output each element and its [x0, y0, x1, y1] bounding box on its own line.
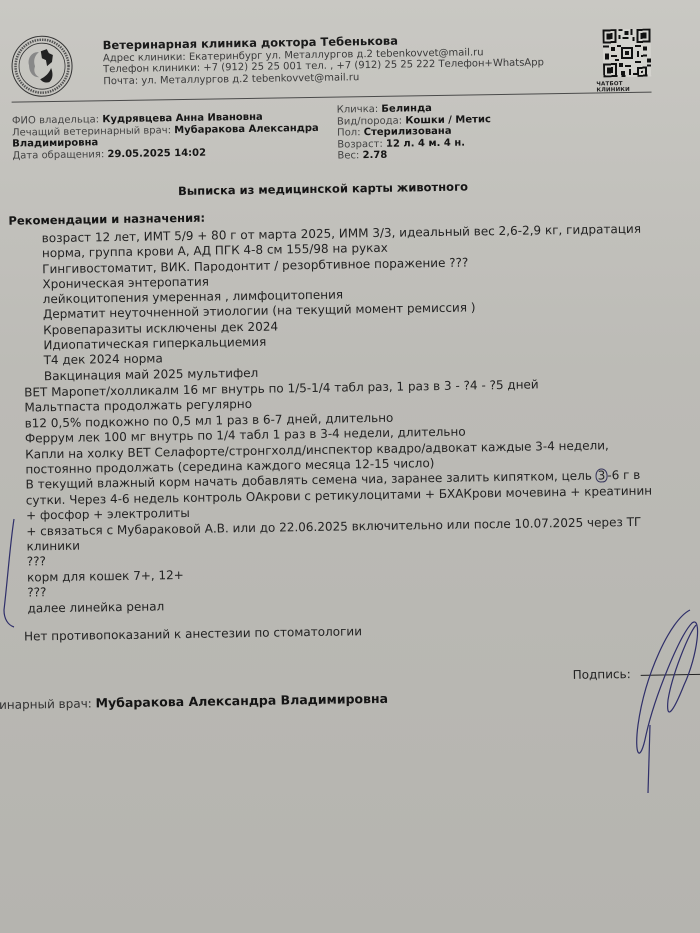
clinic-header: Ветеринарная клиника доктора Тебенькова …	[10, 20, 651, 100]
pet-breed-label: Вид/порода:	[337, 115, 402, 127]
clinic-info: Ветеринарная клиника доктора Тебенькова …	[103, 33, 545, 87]
document-title: Выписка из медицинской карты животного	[178, 180, 468, 199]
pet-name-value: Белинда	[381, 103, 432, 115]
diagnosis-list: возраст 12 лет, ИМТ 5/9 + 80 г от марта …	[42, 222, 644, 384]
signature-label: Подпись:	[573, 667, 631, 682]
pet-name-label: Кличка:	[337, 104, 379, 116]
doctor-value: Мубаракова Александра	[174, 122, 319, 135]
signature-line	[641, 674, 700, 676]
section-heading: Рекомендации и назначения:	[8, 211, 205, 228]
pet-age-value: 12 л. 4 м. 4 н.	[386, 137, 465, 149]
doctor-footer-value: Мубаракова Александра Владимировна	[95, 691, 388, 711]
doctor-label: Лечащий ветеринарный врач:	[12, 125, 171, 138]
owner-info: ФИО владельца: Кудрявцева Анна Ивановна …	[12, 111, 333, 162]
doctor-footer: инарный врач: Мубаракова Александра Влад…	[0, 691, 388, 712]
no-contraindications: Нет противопоказаний к анестезии по стом…	[24, 624, 362, 643]
treatment-list: ВЕТ Маропет/холликалм 16 мг внутрь по 1/…	[24, 375, 700, 617]
owner-label: ФИО владельца:	[12, 114, 99, 126]
clinic-logo-icon	[11, 35, 74, 98]
doctor-value-cont: Владимировна	[12, 137, 98, 149]
date-value: 29.05.2025 14:02	[107, 147, 206, 160]
pet-age-label: Возраст:	[337, 138, 383, 150]
circled-number: 3	[596, 469, 608, 483]
pet-breed-value: Кошки / Метис	[405, 114, 491, 126]
date-label: Дата обращения:	[12, 149, 104, 161]
document-page: Ветеринарная клиника доктора Тебенькова …	[0, 0, 700, 933]
pet-info: Кличка: Белинда Вид/порода: Кошки / Мети…	[337, 102, 492, 162]
pet-sex-label: Пол:	[337, 127, 361, 138]
pet-sex-value: Стерилизована	[364, 126, 452, 138]
qr-code-icon	[603, 29, 652, 78]
pet-weight-label: Вес:	[337, 150, 359, 161]
doctor-footer-label: инарный врач:	[0, 696, 92, 711]
pet-weight-value: 2.78	[362, 150, 387, 161]
